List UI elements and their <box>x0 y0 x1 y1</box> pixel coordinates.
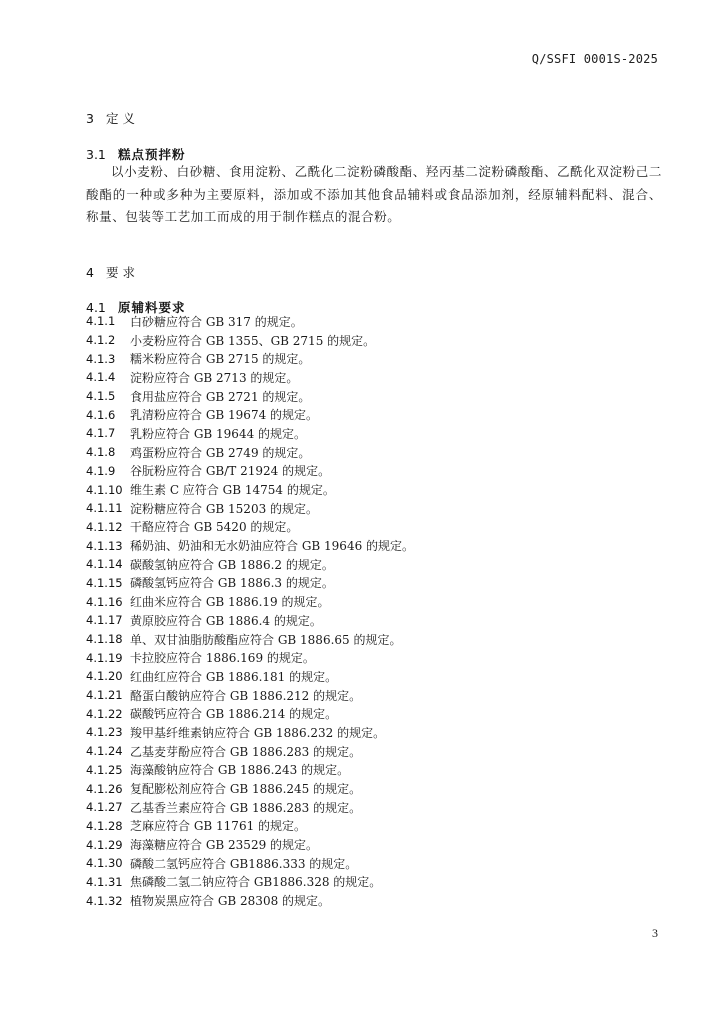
clause-text: 芝麻应符合 GB 11761 的规定。 <box>130 817 306 834</box>
list-item: 4.1.32植物炭黑应符合 GB 28308 的规定。 <box>86 891 646 910</box>
clause-number: 4.1.16 <box>86 595 130 609</box>
clause-number: 4.1.25 <box>86 763 130 777</box>
clause-text: 红曲米应符合 GB 1886.19 的规定。 <box>130 593 329 610</box>
list-item: 4.1.23羧甲基纤维素钠应符合 GB 1886.232 的规定。 <box>86 723 646 742</box>
clause-text: 干酪应符合 GB 5420 的规定。 <box>130 518 298 535</box>
clause-text: 复配膨松剂应符合 GB 1886.245 的规定。 <box>130 780 361 797</box>
clause-number: 4.1.5 <box>86 389 130 403</box>
clause-text: 磷酸氢钙应符合 GB 1886.3 的规定。 <box>130 574 334 591</box>
clause-text: 磷酸二氢钙应符合 GB1886.333 的规定。 <box>130 855 357 872</box>
clause-number: 4.1.3 <box>86 352 130 366</box>
clause-number: 4.1.32 <box>86 894 130 908</box>
clause-number: 4.1.2 <box>86 333 130 347</box>
list-item: 4.1.25海藻酸钠应符合 GB 1886.243 的规定。 <box>86 761 646 780</box>
clause-text: 海藻酸钠应符合 GB 1886.243 的规定。 <box>130 761 349 778</box>
clause-number: 4.1.11 <box>86 501 130 515</box>
clause-text: 维生素 C 应符合 GB 14754 的规定。 <box>130 481 335 498</box>
list-item: 4.1.12干酪应符合 GB 5420 的规定。 <box>86 518 646 537</box>
list-item: 4.1.8鸡蛋粉应符合 GB 2749 的规定。 <box>86 443 646 462</box>
clause-number: 4.1.4 <box>86 370 130 384</box>
clause-number: 4.1.24 <box>86 744 130 758</box>
clause-number: 4.1.22 <box>86 707 130 721</box>
section-number: 3 <box>86 111 106 126</box>
clause-number: 4.1.6 <box>86 408 130 422</box>
list-item: 4.1.21酪蛋白酸钠应符合 GB 1886.212 的规定。 <box>86 686 646 705</box>
clause-text: 淀粉糖应符合 GB 15203 的规定。 <box>130 500 318 517</box>
subsection-title: 糕点预拌粉 <box>118 147 186 162</box>
section-title: 要求 <box>106 265 139 280</box>
list-item: 4.1.11淀粉糖应符合 GB 15203 的规定。 <box>86 499 646 518</box>
list-item: 4.1.6乳清粉应符合 GB 19674 的规定。 <box>86 405 646 424</box>
list-item: 4.1.28芝麻应符合 GB 11761 的规定。 <box>86 817 646 836</box>
list-item: 4.1.19卡拉胶应符合 1886.169 的规定。 <box>86 648 646 667</box>
list-item: 4.1.7乳粉应符合 GB 19644 的规定。 <box>86 424 646 443</box>
clause-number: 4.1.13 <box>86 539 130 553</box>
clause-number: 4.1.8 <box>86 445 130 459</box>
clause-text: 糯米粉应符合 GB 2715 的规定。 <box>130 350 310 367</box>
list-item: 4.1.3糯米粉应符合 GB 2715 的规定。 <box>86 349 646 368</box>
list-item: 4.1.15磷酸氢钙应符合 GB 1886.3 的规定。 <box>86 574 646 593</box>
clause-number: 4.1.17 <box>86 613 130 627</box>
clause-text: 乳清粉应符合 GB 19674 的规定。 <box>130 406 318 423</box>
section-number: 4 <box>86 265 106 280</box>
list-item: 4.1.16红曲米应符合 GB 1886.19 的规定。 <box>86 592 646 611</box>
list-item: 4.1.31焦磷酸二氢二钠应符合 GB1886.328 的规定。 <box>86 873 646 892</box>
clause-number: 4.1.28 <box>86 819 130 833</box>
clause-text: 碳酸氢钠应符合 GB 1886.2 的规定。 <box>130 556 334 573</box>
section-4-heading: 4要求 <box>86 263 139 281</box>
list-item: 4.1.22碳酸钙应符合 GB 1886.214 的规定。 <box>86 704 646 723</box>
clause-text: 食用盐应符合 GB 2721 的规定。 <box>130 388 310 405</box>
definition-paragraph: 以小麦粉、白砂糖、食用淀粉、乙酰化二淀粉磷酸酯、羟丙基二淀粉磷酸酯、乙酰化双淀粉… <box>86 161 662 229</box>
clause-number: 4.1.12 <box>86 520 130 534</box>
clause-number: 4.1.7 <box>86 426 130 440</box>
list-item: 4.1.2小麦粉应符合 GB 1355、GB 2715 的规定。 <box>86 331 646 350</box>
list-item: 4.1.14碳酸氢钠应符合 GB 1886.2 的规定。 <box>86 555 646 574</box>
clause-text: 乙基香兰素应符合 GB 1886.283 的规定。 <box>130 799 361 816</box>
clause-text: 酪蛋白酸钠应符合 GB 1886.212 的规定。 <box>130 687 361 704</box>
clause-number: 4.1.31 <box>86 875 130 889</box>
list-item: 4.1.9谷朊粉应符合 GB/T 21924 的规定。 <box>86 462 646 481</box>
section-3-heading: 3定义 <box>86 109 139 127</box>
clause-text: 植物炭黑应符合 GB 28308 的规定。 <box>130 892 330 909</box>
clause-number: 4.1.9 <box>86 464 130 478</box>
clause-text: 红曲红应符合 GB 1886.181 的规定。 <box>130 668 337 685</box>
clause-number: 4.1.1 <box>86 314 130 328</box>
list-item: 4.1.17黄原胶应符合 GB 1886.4 的规定。 <box>86 611 646 630</box>
subsection-number: 3.1 <box>86 147 118 162</box>
clause-number: 4.1.20 <box>86 669 130 683</box>
clause-number: 4.1.10 <box>86 483 130 497</box>
clause-text: 海藻糖应符合 GB 23529 的规定。 <box>130 836 318 853</box>
list-item: 4.1.5食用盐应符合 GB 2721 的规定。 <box>86 387 646 406</box>
page-number: 3 <box>652 926 658 941</box>
clause-text: 焦磷酸二氢二钠应符合 GB1886.328 的规定。 <box>130 873 381 890</box>
list-item: 4.1.13稀奶油、奶油和无水奶油应符合 GB 19646 的规定。 <box>86 536 646 555</box>
clause-text: 卡拉胶应符合 1886.169 的规定。 <box>130 649 315 666</box>
clause-number: 4.1.26 <box>86 782 130 796</box>
clause-number: 4.1.18 <box>86 632 130 646</box>
clause-text: 碳酸钙应符合 GB 1886.214 的规定。 <box>130 705 337 722</box>
list-item: 4.1.30磷酸二氢钙应符合 GB1886.333 的规定。 <box>86 854 646 873</box>
document-page: Q/SSFI 0001S-2025 3定义 3.1糕点预拌粉 以小麦粉、白砂糖、… <box>0 0 724 1024</box>
clause-text: 谷朊粉应符合 GB/T 21924 的规定。 <box>130 462 330 479</box>
clause-text: 羧甲基纤维素钠应符合 GB 1886.232 的规定。 <box>130 724 385 741</box>
clause-number: 4.1.15 <box>86 576 130 590</box>
document-id: Q/SSFI 0001S-2025 <box>532 52 658 66</box>
clause-number: 4.1.30 <box>86 856 130 870</box>
clause-number: 4.1.23 <box>86 725 130 739</box>
clause-number: 4.1.27 <box>86 800 130 814</box>
list-item: 4.1.26复配膨松剂应符合 GB 1886.245 的规定。 <box>86 779 646 798</box>
clause-number: 4.1.29 <box>86 838 130 852</box>
clause-number: 4.1.21 <box>86 688 130 702</box>
clause-text: 单、双甘油脂肪酸酯应符合 GB 1886.65 的规定。 <box>130 631 401 648</box>
requirements-list: 4.1.1白砂糖应符合 GB 317 的规定。 4.1.2小麦粉应符合 GB 1… <box>86 312 646 910</box>
list-item: 4.1.1白砂糖应符合 GB 317 的规定。 <box>86 312 646 331</box>
clause-number: 4.1.19 <box>86 651 130 665</box>
list-item: 4.1.18单、双甘油脂肪酸酯应符合 GB 1886.65 的规定。 <box>86 630 646 649</box>
clause-text: 稀奶油、奶油和无水奶油应符合 GB 19646 的规定。 <box>130 537 414 554</box>
list-item: 4.1.10维生素 C 应符合 GB 14754 的规定。 <box>86 480 646 499</box>
clause-number: 4.1.14 <box>86 557 130 571</box>
section-title: 定义 <box>106 111 139 126</box>
list-item: 4.1.20红曲红应符合 GB 1886.181 的规定。 <box>86 667 646 686</box>
list-item: 4.1.29海藻糖应符合 GB 23529 的规定。 <box>86 835 646 854</box>
clause-text: 小麦粉应符合 GB 1355、GB 2715 的规定。 <box>130 332 375 349</box>
clause-text: 乙基麦芽酚应符合 GB 1886.283 的规定。 <box>130 743 361 760</box>
list-item: 4.1.27乙基香兰素应符合 GB 1886.283 的规定。 <box>86 798 646 817</box>
list-item: 4.1.24乙基麦芽酚应符合 GB 1886.283 的规定。 <box>86 742 646 761</box>
list-item: 4.1.4淀粉应符合 GB 2713 的规定。 <box>86 368 646 387</box>
clause-text: 黄原胶应符合 GB 1886.4 的规定。 <box>130 612 322 629</box>
clause-text: 淀粉应符合 GB 2713 的规定。 <box>130 369 298 386</box>
clause-text: 鸡蛋粉应符合 GB 2749 的规定。 <box>130 444 310 461</box>
clause-text: 白砂糖应符合 GB 317 的规定。 <box>130 313 303 330</box>
clause-text: 乳粉应符合 GB 19644 的规定。 <box>130 425 306 442</box>
